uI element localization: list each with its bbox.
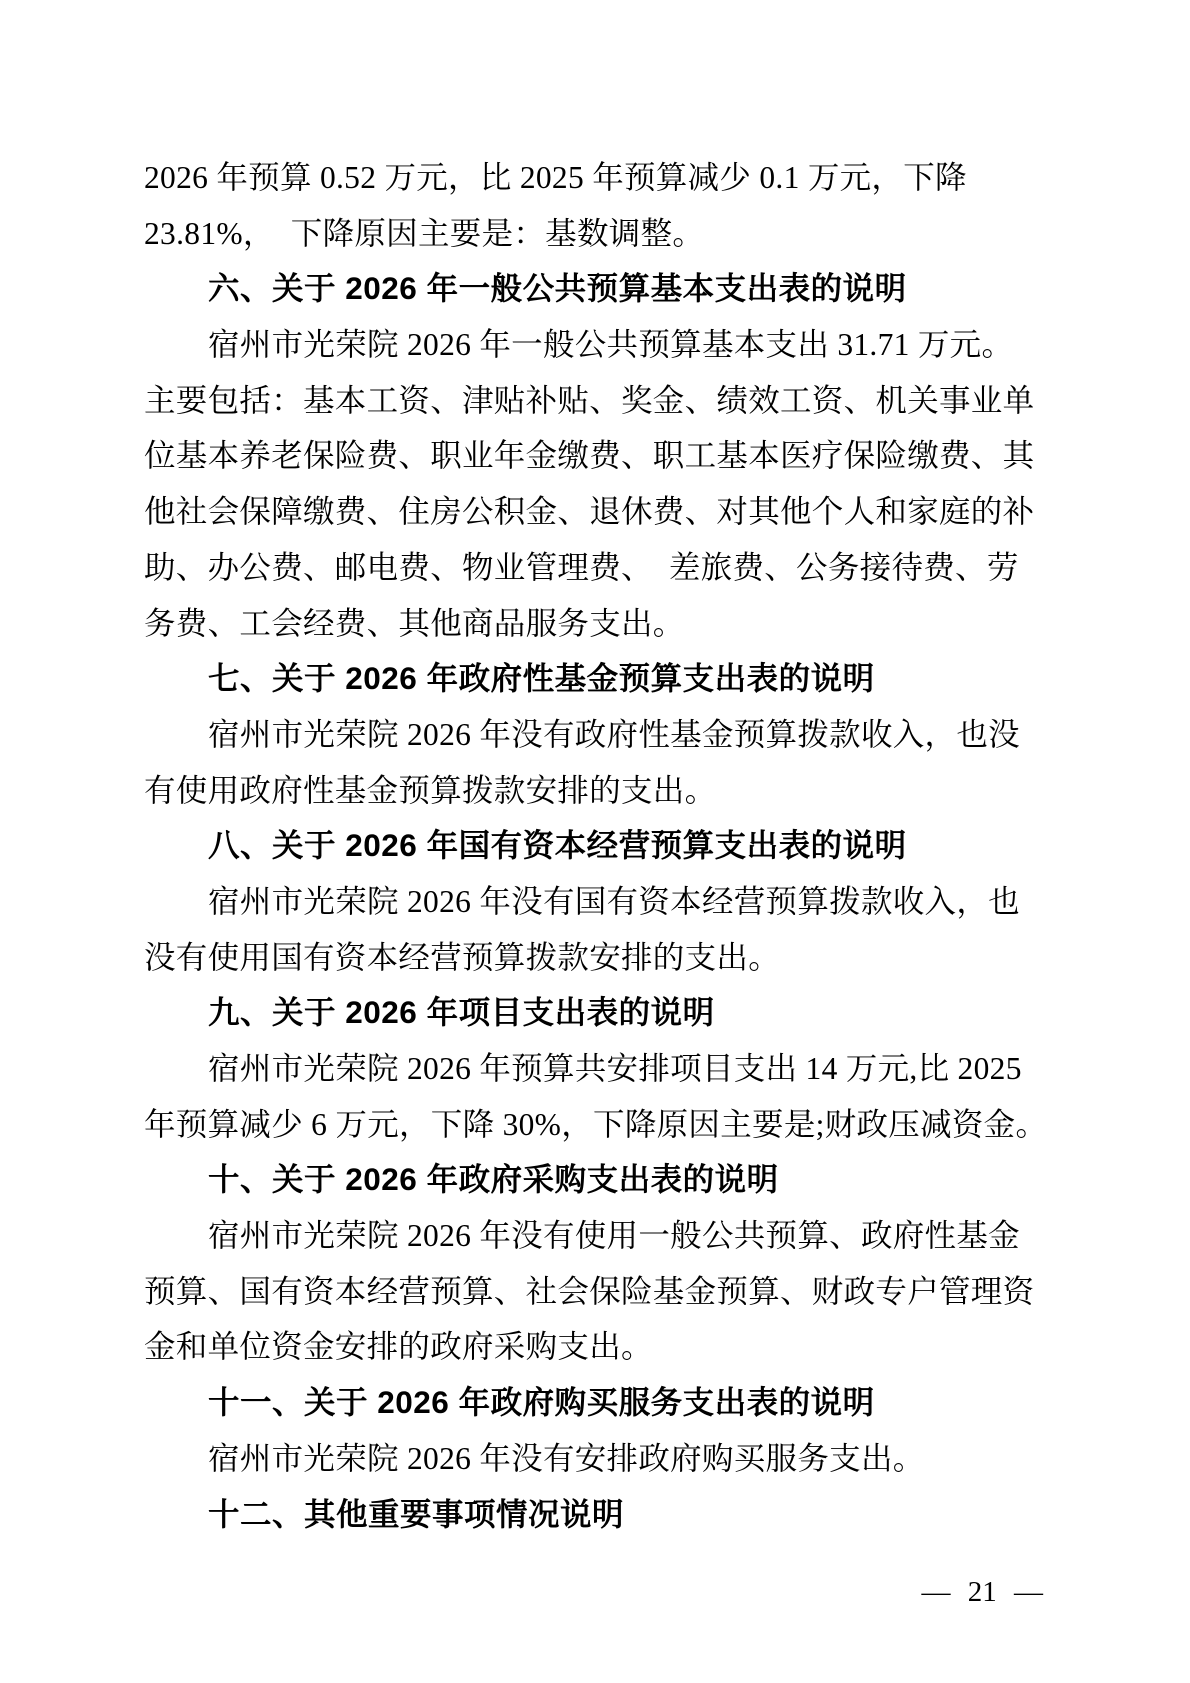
text-line: 宿州市光荣院 2026 年一般公共预算基本支出 31.71 万元。	[144, 317, 1036, 373]
text-line: 他社会保障缴费、住房公积金、退休费、对其他个人和家庭的补	[144, 484, 1036, 540]
text-line: 金和单位资金安排的政府采购支出。	[144, 1319, 1036, 1375]
text-line: 宿州市光荣院 2026 年没有国有资本经营预算拨款收入，也	[144, 874, 1036, 930]
text-line: 助、办公费、邮电费、物业管理费、 差旅费、公务接待费、劳	[144, 540, 1036, 596]
text-line: 宿州市光荣院 2026 年没有安排政府购买服务支出。	[144, 1431, 1036, 1487]
text-line: 位基本养老保险费、职业年金缴费、职工基本医疗保险缴费、其	[144, 428, 1036, 484]
section-heading-8: 八、关于 2026 年国有资本经营预算支出表的说明	[144, 818, 1036, 874]
text-line: 宿州市光荣院 2026 年没有政府性基金预算拨款收入，也没	[144, 707, 1036, 763]
section-heading-10: 十、关于 2026 年政府采购支出表的说明	[144, 1152, 1036, 1208]
document-page: 2026 年预算 0.52 万元，比 2025 年预算减少 0.1 万元，下降 …	[0, 0, 1190, 1683]
text-line: 年预算减少 6 万元，下降 30%，下降原因主要是;财政压减资金。	[144, 1097, 1036, 1153]
text-line: 主要包括：基本工资、津贴补贴、奖金、绩效工资、机关事业单	[144, 373, 1036, 429]
section-heading-7: 七、关于 2026 年政府性基金预算支出表的说明	[144, 651, 1036, 707]
section-heading-12: 十二、其他重要事项情况说明	[144, 1487, 1036, 1543]
section-heading-9: 九、关于 2026 年项目支出表的说明	[144, 985, 1036, 1041]
text-line: 宿州市光荣院 2026 年没有使用一般公共预算、政府性基金	[144, 1208, 1036, 1264]
page-number: — 21 —	[922, 1566, 1044, 1618]
text-line: 预算、国有资本经营预算、社会保险基金预算、财政专户管理资	[144, 1264, 1036, 1320]
section-heading-11: 十一、关于 2026 年政府购买服务支出表的说明	[144, 1375, 1036, 1431]
text-line: 2026 年预算 0.52 万元，比 2025 年预算减少 0.1 万元，下降	[144, 150, 1036, 206]
document-body: 2026 年预算 0.52 万元，比 2025 年预算减少 0.1 万元，下降 …	[144, 150, 1036, 1542]
text-line: 务费、工会经费、其他商品服务支出。	[144, 596, 1036, 652]
text-line: 23.81%， 下降原因主要是：基数调整。	[144, 206, 1036, 262]
section-heading-6: 六、关于 2026 年一般公共预算基本支出表的说明	[144, 261, 1036, 317]
text-line: 没有使用国有资本经营预算拨款安排的支出。	[144, 930, 1036, 986]
text-line: 宿州市光荣院 2026 年预算共安排项目支出 14 万元,比 2025	[144, 1041, 1036, 1097]
text-line: 有使用政府性基金预算拨款安排的支出。	[144, 763, 1036, 819]
